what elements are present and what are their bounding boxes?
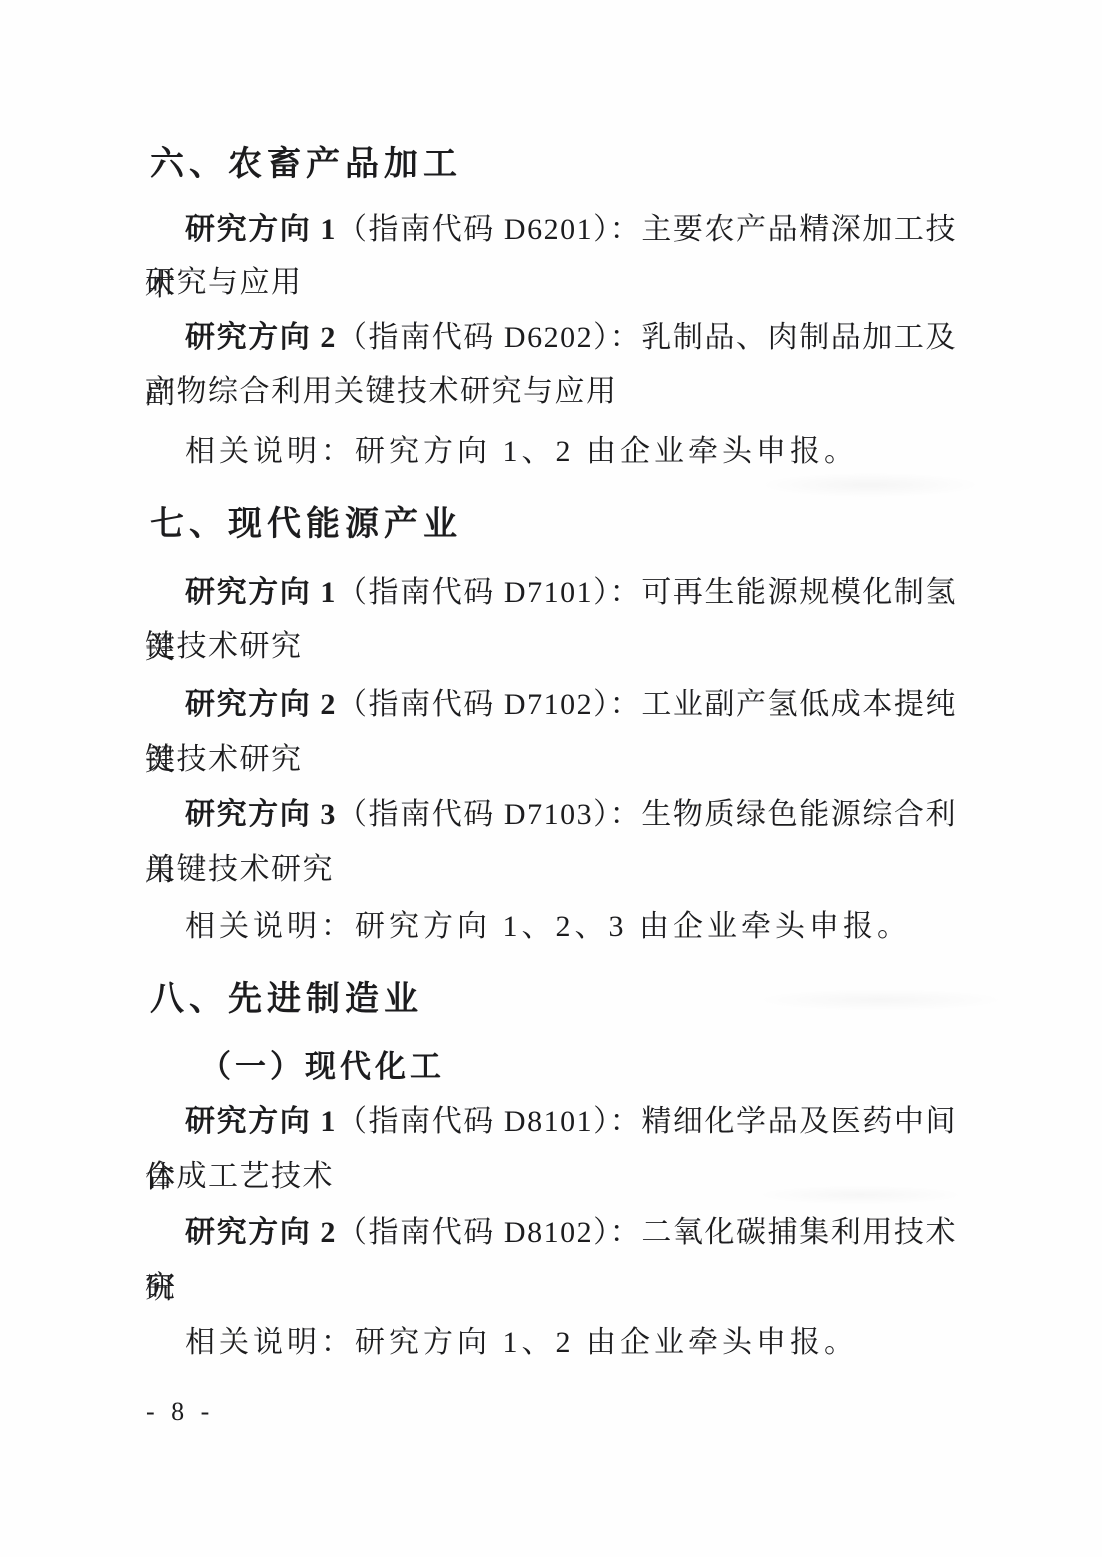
section-heading-6: 六、农畜产品加工: [150, 136, 462, 192]
research-direction-line: 研究方向 1（指南代码 D8101）：精细化学品及医药中间体: [145, 1094, 957, 1150]
direction-label: 研究方向 1: [185, 576, 337, 609]
line-text: 相关说明：研究方向 1、2 由企业牵头申报。: [185, 435, 858, 468]
direction-label: 研究方向 1: [185, 213, 337, 246]
section-heading-8: 八、先进制造业: [150, 971, 423, 1027]
continuation-line: 究: [145, 1260, 957, 1316]
direction-label: 研究方向 2: [185, 688, 337, 721]
note-line: 相关说明：研究方向 1、2、3 由企业牵头申报。: [145, 899, 957, 955]
continuation-line: 键技术研究: [145, 619, 957, 675]
research-direction-line: 研究方向 1（指南代码 D7101）：可再生能源规模化制氢关: [145, 565, 957, 621]
line-text: 键技术研究: [145, 630, 303, 663]
section-heading-7: 七、现代能源产业: [150, 496, 462, 552]
direction-label: 研究方向 2: [185, 1216, 337, 1249]
page-number: - 8 -: [146, 1392, 214, 1432]
line-text: 研究与应用: [145, 266, 303, 299]
note-line: 相关说明：研究方向 1、2 由企业牵头申报。: [145, 1315, 957, 1371]
line-text: 合成工艺技术: [145, 1160, 334, 1193]
note-line: 相关说明：研究方向 1、2 由企业牵头申报。: [145, 424, 957, 480]
document-page: 六、农畜产品加工 研究方向 1（指南代码 D6201）：主要农产品精深加工技术 …: [0, 0, 1102, 1557]
direction-label: 研究方向 1: [185, 1105, 337, 1138]
line-text: 究: [145, 1271, 177, 1304]
line-text: 相关说明：研究方向 1、2 由企业牵头申报。: [185, 1326, 858, 1359]
continuation-line: 产物综合利用关键技术研究与应用: [145, 364, 957, 420]
line-text: 键技术研究: [145, 743, 303, 776]
research-direction-line: 研究方向 3（指南代码 D7103）：生物质绿色能源综合利用: [145, 787, 957, 843]
continuation-line: 合成工艺技术: [145, 1149, 957, 1205]
research-direction-line: 研究方向 2（指南代码 D6202）：乳制品、肉制品加工及副: [145, 310, 957, 366]
research-direction-line: 研究方向 2（指南代码 D8102）：二氧化碳捕集利用技术研: [145, 1205, 957, 1261]
continuation-line: 键技术研究: [145, 732, 957, 788]
line-text: 相关说明：研究方向 1、2、3 由企业牵头申报。: [185, 910, 911, 943]
research-direction-line: 研究方向 1（指南代码 D6201）：主要农产品精深加工技术: [145, 202, 957, 258]
direction-label: 研究方向 2: [185, 321, 337, 354]
direction-label: 研究方向 3: [185, 798, 337, 831]
continuation-line: 关键技术研究: [145, 842, 957, 898]
continuation-line: 研究与应用: [145, 255, 957, 311]
research-direction-line: 研究方向 2（指南代码 D7102）：工业副产氢低成本提纯关: [145, 677, 957, 733]
line-text: 关键技术研究: [145, 853, 334, 886]
line-text: 产物综合利用关键技术研究与应用: [145, 375, 618, 408]
sub-section-heading: （一）现代化工: [145, 1039, 957, 1095]
